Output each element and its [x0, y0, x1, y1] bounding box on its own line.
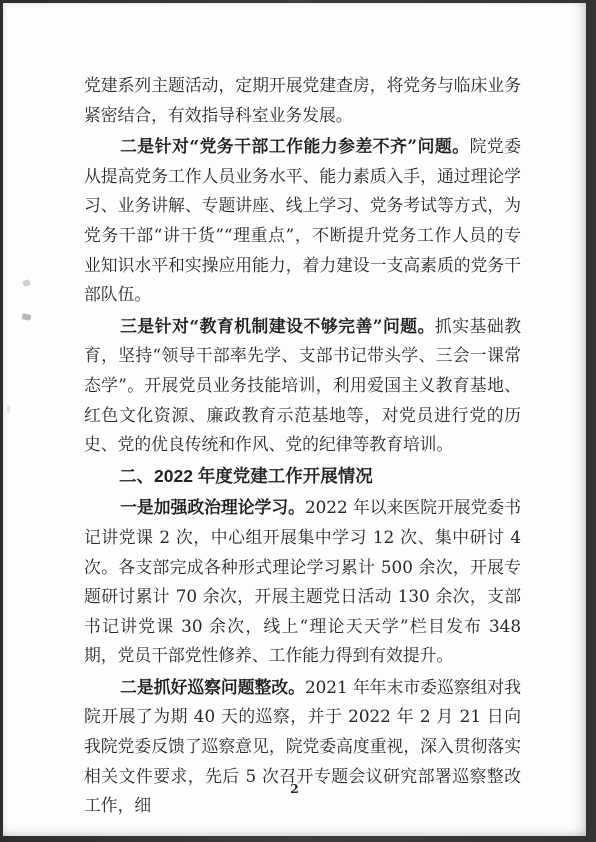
section-heading: 二、2022 年度党建工作开展情况	[84, 462, 521, 492]
scan-smudge	[22, 279, 31, 287]
paragraph-text: 2022 年以来医院开展党委书记讲党课 2 次，中心组开展集中学习 12 次、集…	[84, 497, 521, 665]
paragraph-bold-lead: 二是抓好巡察问题整改。	[120, 677, 305, 697]
paragraph-text: 院党委从提高党务工作人员业务水平、能力素质入手，通过理论学习、业务讲解、专题讲座…	[84, 136, 521, 304]
paragraph-continuation: 党建系列主题活动，定期开展党建查房，将党务与临床业务紧密结合，有效指导科室业务发…	[84, 71, 521, 130]
page-number: 2	[3, 781, 586, 796]
paragraph-education-mechanism: 三是针对“教育机制建设不够完善”问题。抓实基础教育，坚持“领导干部率先学、支部书…	[84, 312, 521, 460]
paragraph-bold-lead: 一是加强政治理论学习。	[120, 497, 305, 517]
scanned-page-background: 党建系列主题活动，定期开展党建查房，将党务与临床业务紧密结合，有效指导科室业务发…	[0, 0, 596, 842]
paragraph-text: 党建系列主题活动，定期开展党建查房，将党务与临床业务紧密结合，有效指导科室业务发…	[84, 75, 521, 125]
paragraph-inspection-rectification: 二是抓好巡察问题整改。2021 年年末市委巡察组对我院开展了为期 40 天的巡察…	[84, 673, 521, 821]
document-body: 党建系列主题活动，定期开展党建查房，将党务与临床业务紧密结合，有效指导科室业务发…	[84, 71, 521, 823]
paragraph-bold-lead: 二是针对“党务干部工作能力参差不齐”问题。	[120, 136, 469, 156]
paragraph-theory-study: 一是加强政治理论学习。2022 年以来医院开展党委书记讲党课 2 次，中心组开展…	[84, 493, 521, 671]
scan-smudge	[22, 313, 32, 320]
scan-smudge	[7, 405, 10, 413]
paragraph-party-cadre-ability: 二是针对“党务干部工作能力参差不齐”问题。院党委从提高党务工作人员业务水平、能力…	[84, 132, 521, 310]
paragraph-bold-lead: 三是针对“教育机制建设不够完善”问题。	[120, 316, 435, 336]
document-page: 党建系列主题活动，定期开展党建查房，将党务与临床业务紧密结合，有效指导科室业务发…	[3, 3, 586, 836]
paragraph-text: 抓实基础教育，坚持“领导干部率先学、支部书记带头学、三会一课常态学”。开展党员业…	[84, 316, 521, 454]
